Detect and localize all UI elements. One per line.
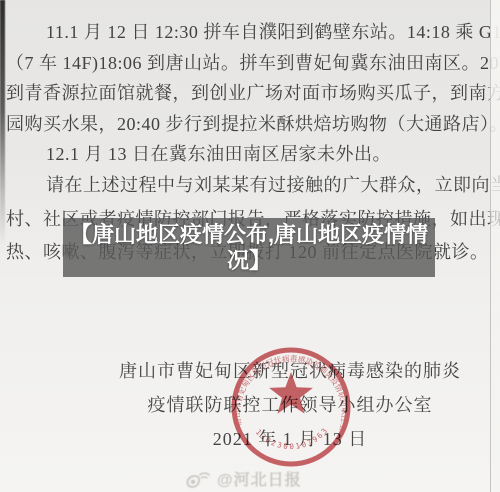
paper-fold-edge	[490, 0, 500, 492]
document-photo: 11.1 月 12 日 12:30 拼车自濮阳到鹤壁东站。14:18 乘 G12…	[0, 0, 500, 492]
seal-serial-number: 1302300107963	[254, 425, 331, 451]
itinerary-paragraph: 11.1 月 12 日 12:30 拼车自濮阳到鹤壁东站。14:18 乘 G12…	[6, 17, 470, 170]
weibo-icon	[186, 469, 212, 489]
document-text-line: （7 车 14F)18:06 到唐山站。拼车到曹妃甸冀东油田南区。20:00	[6, 48, 470, 79]
document-text-line: 11.1 月 12 日 12:30 拼车自濮阳到鹤壁东站。14:18 乘 G12…	[6, 17, 470, 48]
document-text-line: 园购买水果，20:40 步行到提拉米酥烘焙坊购物（大通路店）。	[6, 109, 470, 140]
photo-dark-edge	[0, 0, 5, 245]
caption-line-1: 【唐山地区疫情公布,唐山地区疫情情	[70, 222, 428, 248]
document-text-line: 到青香源拉面馆就餐，到创业广场对面市场购买瓜子，到南方果	[6, 78, 470, 109]
caption-line-2: 况】	[227, 248, 271, 274]
document-text-line: 请在上述过程中与刘某某有过接触的广大群众，立即向当地	[6, 169, 470, 203]
official-seal-icon: 唐山市曹妃甸区新型冠状病毒感染的肺炎疫情联防联控工作领导小组办公室 130230…	[229, 345, 353, 469]
watermark: @河北日报	[186, 467, 302, 490]
caption-overlay-banner: 【唐山地区疫情公布,唐山地区疫情情 况】	[63, 218, 435, 277]
seal-star-icon	[269, 372, 313, 414]
svg-text:1302300107963: 1302300107963	[254, 425, 331, 451]
document-text-line: 12.1 月 13 日在冀东油田南区居家未外出。	[6, 139, 470, 170]
watermark-handle: @河北日报	[217, 467, 302, 490]
